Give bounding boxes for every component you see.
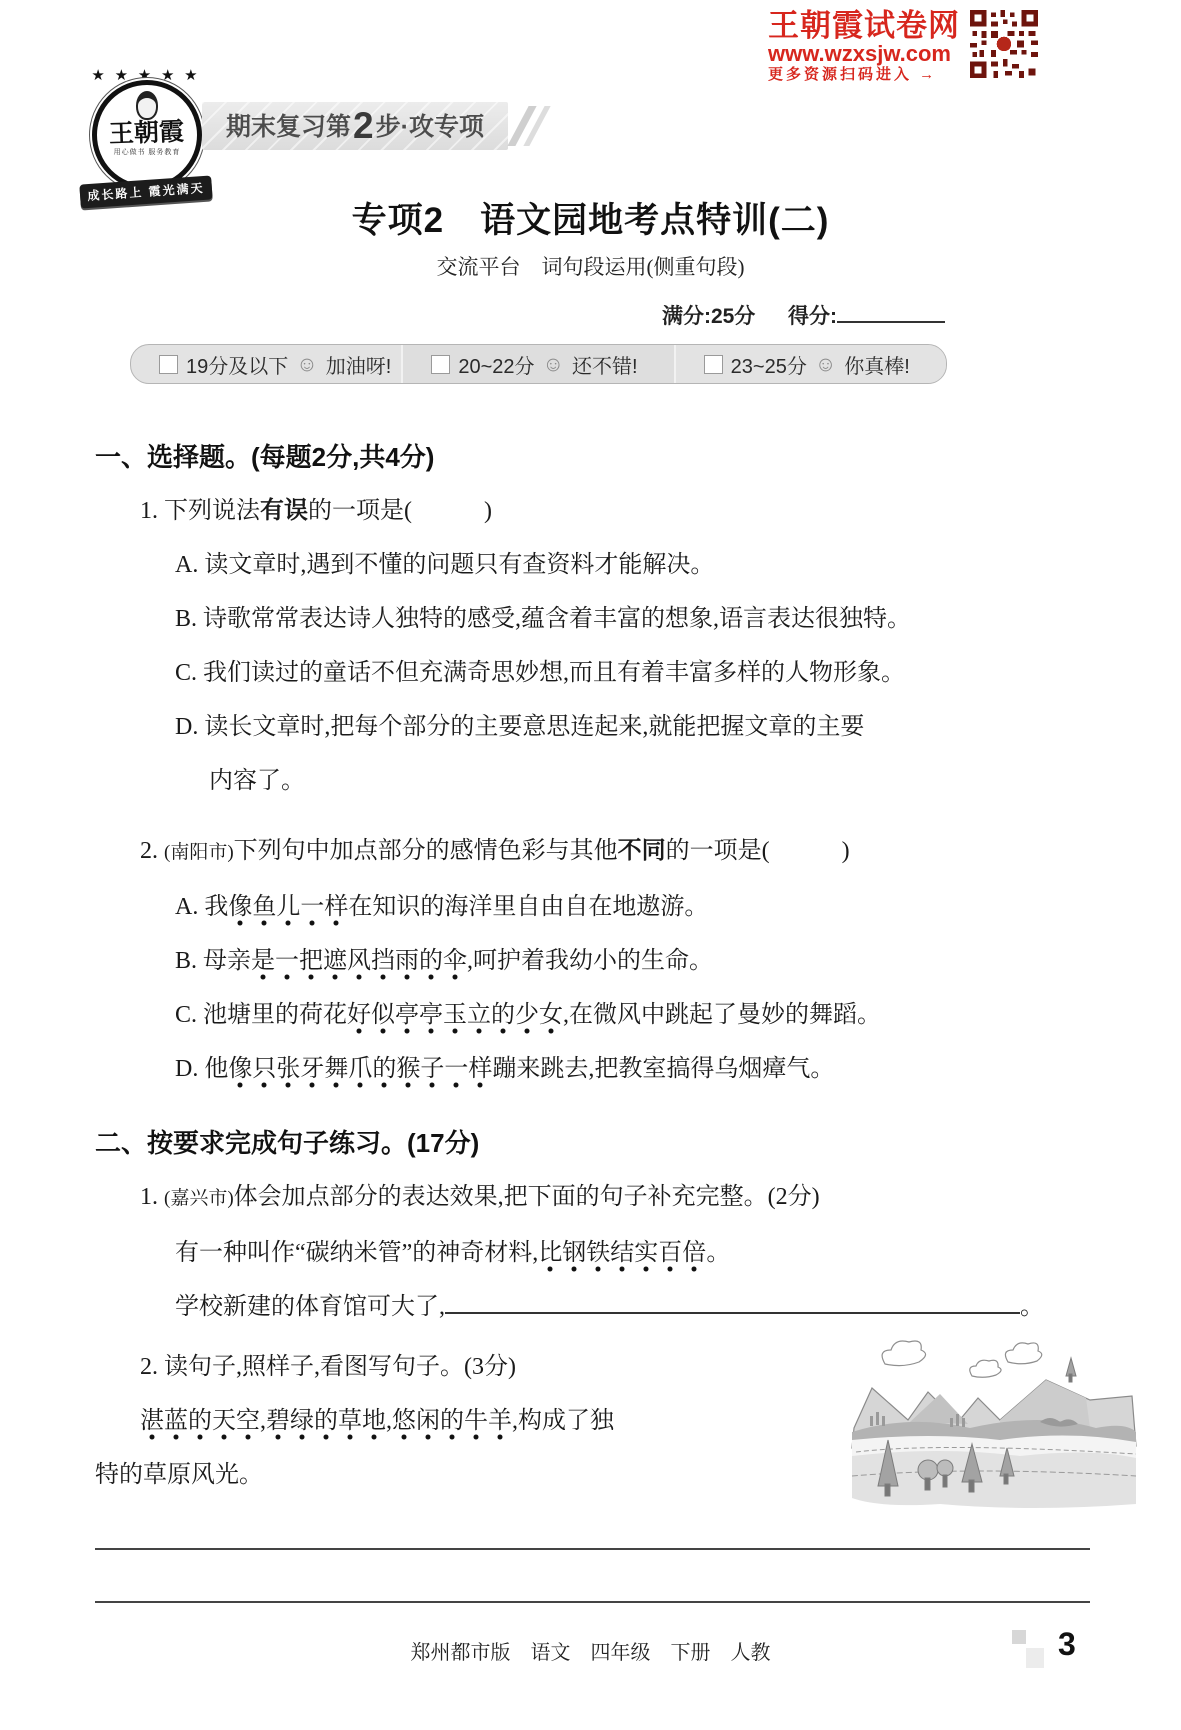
smiley-face-icon	[815, 354, 836, 375]
portrait-icon	[136, 91, 158, 120]
fill-in-blank[interactable]	[445, 1288, 1020, 1314]
example-sentence: 有一种叫作“碳纳米管”的神奇材料,比钢铁结实百倍。	[175, 1226, 1181, 1280]
brand-site-name: 王朝霞试卷网	[768, 10, 960, 42]
range-label: 20~22分	[458, 350, 534, 379]
brand-site-url: www.wzxsjw.com	[768, 42, 951, 66]
range-comment: 还不错!	[572, 350, 638, 379]
option-d: D. 读长文章时,把每个部分的主要意思连起来,就能把握文章的主要 内容了。	[175, 700, 1181, 808]
checkbox-mid[interactable]	[431, 355, 450, 374]
option-a: A. 读文章时,遇到不懂的问题只有查资料才能解决。	[175, 538, 1181, 592]
score-blank[interactable]	[837, 301, 945, 323]
question-2-stem: 2. (南阳市)下列句中加点部分的感情色彩与其他不同的一项是( )	[140, 824, 1181, 880]
score-segment-high: 23~25分 你真棒!	[674, 345, 946, 383]
option-a: A. 我像鱼儿一样在知识的海洋里自由自在地遨游。	[175, 880, 1181, 934]
smiley-face-icon	[296, 354, 317, 375]
brand-block: 王朝霞试卷网 www.wzxsjw.com 更多资源扫码进入 →	[768, 10, 1038, 84]
fill-in-sentence: 学校新建的体育馆可大了,。	[175, 1280, 1181, 1334]
option-d: D. 他像只张牙舞爪的猴子一样蹦来跳去,把教室搞得乌烟瘴气。	[175, 1042, 1181, 1096]
page-title: 专项2 语文园地考点特训(二)	[0, 198, 1181, 244]
section-one-heading: 一、选择题。(每题2分,共4分)	[95, 430, 1181, 484]
publisher-badge: ★ ★ ★ ★ ★ 王朝霞 用心做书 服务教育 成长路上 霞光满天	[84, 68, 208, 202]
range-label: 23~25分	[731, 350, 807, 379]
checkbox-high[interactable]	[704, 355, 723, 374]
checkbox-low[interactable]	[159, 355, 178, 374]
exercise-1-stem: 1. (嘉兴市)体会加点部分的表达效果,把下面的句子补充完整。(2分)	[140, 1170, 1181, 1226]
badge-name: 王朝霞	[109, 119, 185, 149]
full-score-label: 满分:25分	[662, 305, 755, 328]
score-line: 满分:25分 得分:	[0, 300, 945, 330]
option-c: C. 池塘里的荷花好似亭亭玉立的少女,在微风中跳起了曼妙的舞蹈。	[175, 988, 1181, 1042]
section-two-heading: 二、按要求完成句子练习。(17分)	[95, 1116, 1181, 1170]
grassland-scene-illustration	[850, 1336, 1138, 1508]
brand-tagline: 更多资源扫码进入 →	[768, 66, 937, 84]
score-range-bar: 19分及以下 加油呀! 20~22分 还不错! 23~25分 你真棒!	[130, 344, 947, 384]
question-1-stem: 1. 下列说法有误的一项是( )	[140, 484, 1181, 538]
step-banner-text: 期末复习第2步·攻专项	[226, 105, 484, 147]
badge-circle: 王朝霞 用心做书 服务教育	[92, 80, 202, 190]
qr-code-icon	[970, 10, 1038, 78]
step-number: 2	[351, 105, 376, 146]
option-c: C. 我们读过的童话不但充满奇思妙想,而且有着丰富多样的人物形象。	[175, 646, 1181, 700]
score-segment-mid: 20~22分 还不错!	[401, 345, 673, 383]
answer-line[interactable]	[95, 1548, 1090, 1550]
badge-motto: 用心做书 服务教育	[114, 147, 181, 157]
smiley-face-icon	[543, 354, 564, 375]
range-comment: 加油呀!	[326, 350, 392, 379]
option-b: B. 母亲是一把遮风挡雨的伞,呵护着我幼小的生命。	[175, 934, 1181, 988]
option-b: B. 诗歌常常表达诗人独特的感受,蕴含着丰富的想象,语言表达很独特。	[175, 592, 1181, 646]
page-subtitle: 交流平台 词句段运用(侧重句段)	[0, 250, 1181, 284]
score-segment-low: 19分及以下 加油呀!	[131, 345, 401, 383]
step-banner: 期末复习第2步·攻专项	[202, 102, 508, 150]
range-label: 19分及以下	[186, 350, 288, 379]
score-label: 得分:	[788, 305, 837, 328]
range-comment: 你真棒!	[844, 350, 910, 379]
footer-imprint: 郑州都市版 语文 四年级 下册 人教	[0, 1636, 1181, 1665]
answer-line[interactable]	[95, 1601, 1090, 1603]
exam-page: 王朝霞试卷网 www.wzxsjw.com 更多资源扫码进入 →	[0, 0, 1181, 1730]
page-number: 3	[1058, 1626, 1076, 1663]
